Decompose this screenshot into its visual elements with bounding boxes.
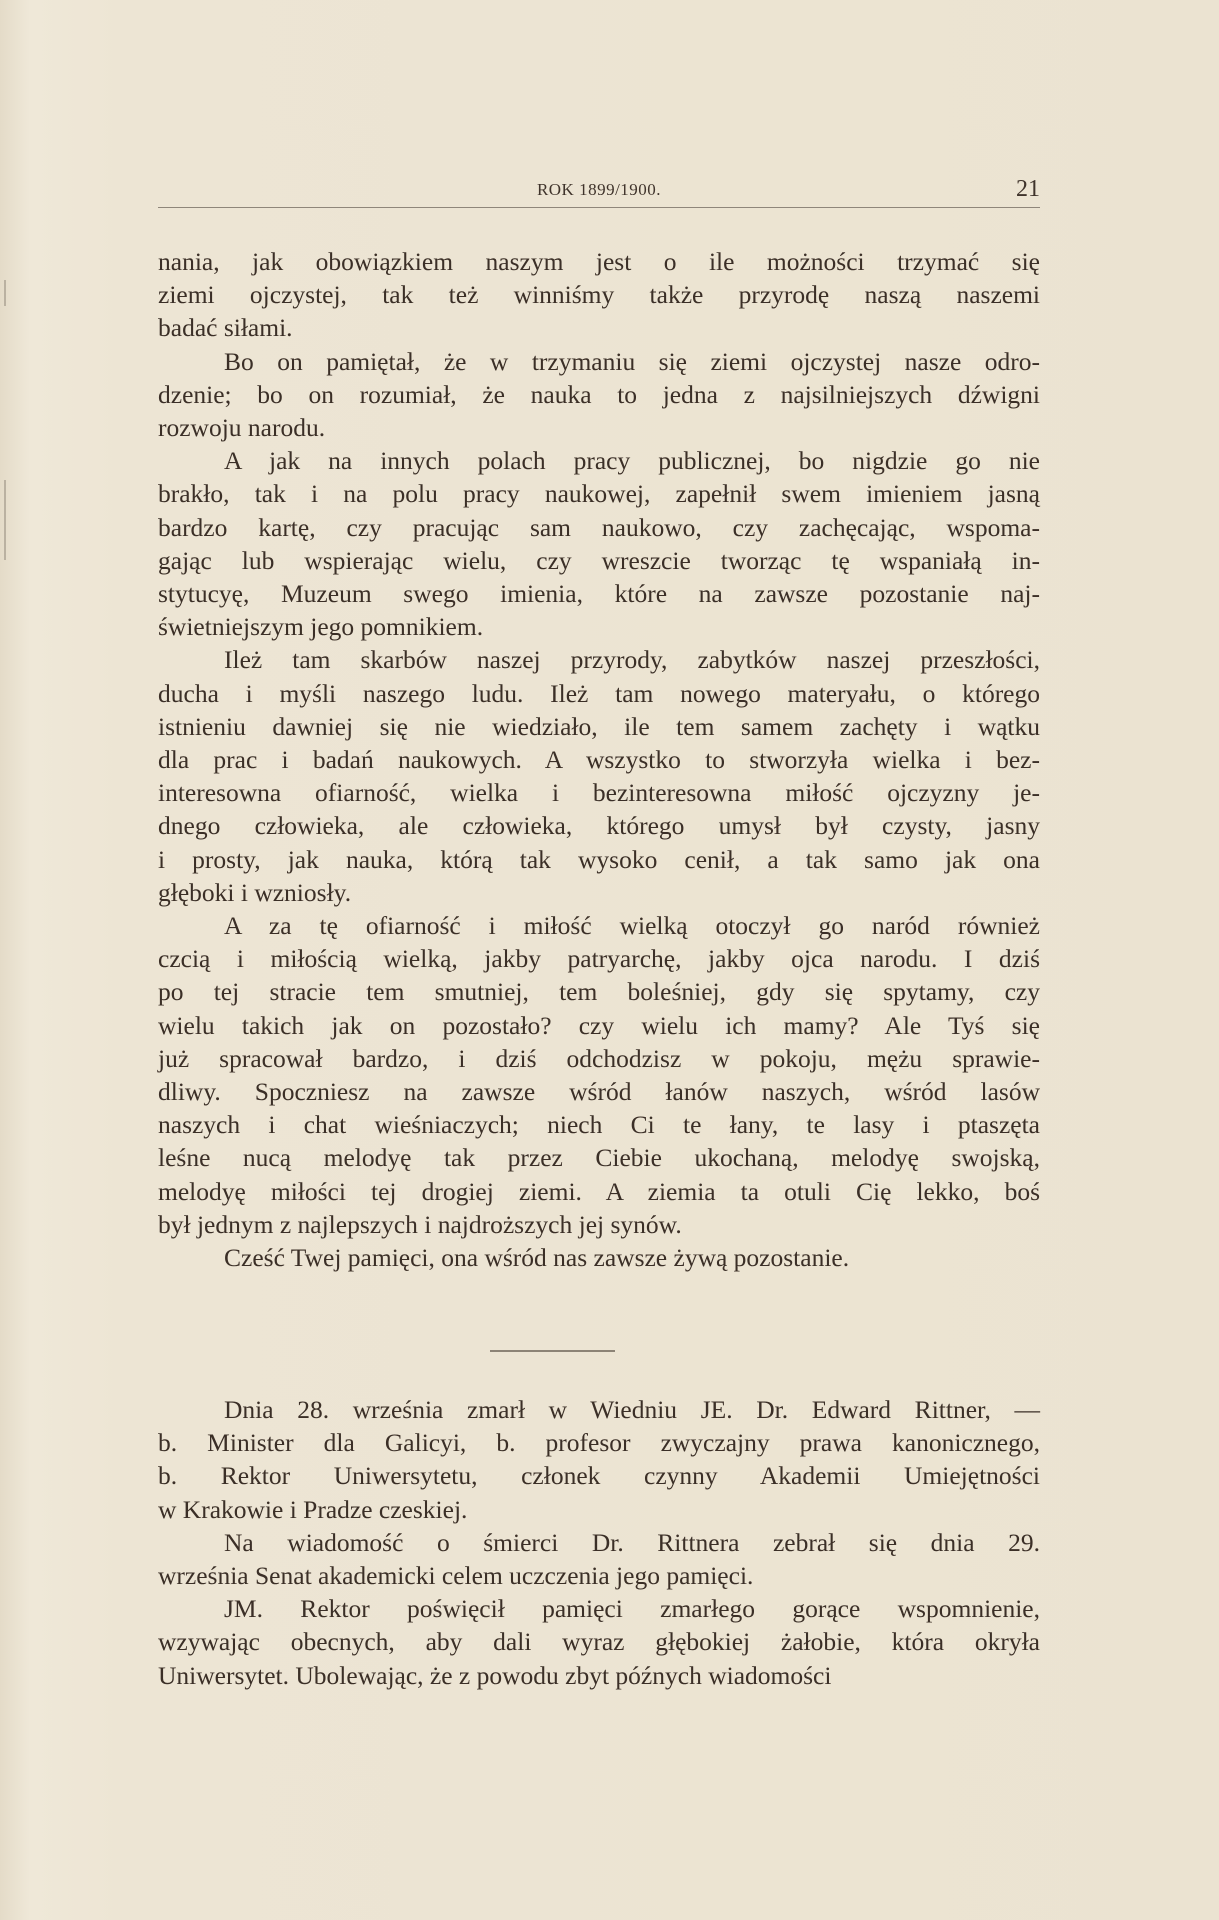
text-line: Cześć Twej pamięci, ona wśród nas zawsze… — [158, 1241, 1040, 1274]
text-line: Uniwersytet. Ubolewając, że z powodu zby… — [158, 1659, 1040, 1692]
text-line: dnego człowieka, ale człowieka, którego … — [158, 809, 1040, 842]
text-line: stytucyę, Muzeum swego imienia, które na… — [158, 577, 1040, 610]
text-line: ziemi ojczystej, tak też winniśmy także … — [158, 278, 1040, 311]
text-line: dzenie; bo on rozumiał, że nauka to jedn… — [158, 378, 1040, 411]
paragraph: JM. Rektor poświęcił pamięci zmarłego go… — [158, 1592, 1040, 1692]
text-line: badać siłami. — [158, 311, 1040, 344]
paragraph: Ileż tam skarbów naszej przyrody, zabytk… — [158, 643, 1040, 909]
text-line: leśne nucą melodyę tak przez Ciebie ukoc… — [158, 1141, 1040, 1174]
text-line: A za tę ofiarność i miłość wielką otoczy… — [158, 909, 1040, 942]
text-line: po tej stracie tem smutniej, tem boleśni… — [158, 975, 1040, 1008]
text-line: rozwoju narodu. — [158, 411, 1040, 444]
text-line: Dnia 28. września zmarł w Wiedniu JE. Dr… — [158, 1393, 1040, 1426]
text-line: głęboki i wzniosły. — [158, 876, 1040, 909]
scanned-page: ROK 1899/1900. 21 nania, jak obowiązkiem… — [0, 0, 1219, 1920]
running-header: ROK 1899/1900. 21 — [158, 176, 1040, 206]
text-line: w Krakowie i Pradze czeskiej. — [158, 1493, 1040, 1526]
text-line: interesowna ofiarność, wielka i bezinter… — [158, 776, 1040, 809]
text-line: brakło, tak i na polu pracy naukowej, za… — [158, 477, 1040, 510]
page-edge-mark — [4, 480, 6, 560]
text-line: i prosty, jak nauka, którą tak wysoko ce… — [158, 843, 1040, 876]
header-rule — [158, 207, 1040, 208]
paragraph: Cześć Twej pamięci, ona wśród nas zawsze… — [158, 1241, 1040, 1274]
paragraph: nania, jak obowiązkiem naszym jest o ile… — [158, 245, 1040, 345]
text-line: Ileż tam skarbów naszej przyrody, zabytk… — [158, 643, 1040, 676]
page-edge-mark — [4, 280, 6, 306]
text-line: nania, jak obowiązkiem naszym jest o ile… — [158, 245, 1040, 278]
text-line: czcią i miłością wielką, jakby patryarch… — [158, 942, 1040, 975]
text-line: września Senat akademicki celem uczczeni… — [158, 1559, 1040, 1592]
body-text-section-1: nania, jak obowiązkiem naszym jest o ile… — [158, 245, 1040, 1274]
text-line: już spracował bardzo, i dziś odchodzisz … — [158, 1042, 1040, 1075]
text-line: był jednym z najlepszych i najdroższych … — [158, 1208, 1040, 1241]
text-line: dliwy. Spoczniesz na zawsze wśród łanów … — [158, 1075, 1040, 1108]
text-line: JM. Rektor poświęcił pamięci zmarłego go… — [158, 1592, 1040, 1625]
text-line: b. Minister dla Galicyi, b. profesor zwy… — [158, 1426, 1040, 1459]
text-line: wielu takich jak on pozostało? czy wielu… — [158, 1009, 1040, 1042]
section-divider — [490, 1350, 615, 1352]
text-line: bardzo kartę, czy pracując sam naukowo, … — [158, 511, 1040, 544]
text-line: A jak na innych polach pracy publicznej,… — [158, 444, 1040, 477]
text-line: b. Rektor Uniwersytetu, członek czynny A… — [158, 1459, 1040, 1492]
paragraph: Na wiadomość o śmierci Dr. Rittnera zebr… — [158, 1526, 1040, 1592]
text-line: świetniejszym jego pomnikiem. — [158, 610, 1040, 643]
paragraph: Dnia 28. września zmarł w Wiedniu JE. Dr… — [158, 1393, 1040, 1526]
text-line: naszych i chat wieśniaczych; niech Ci te… — [158, 1108, 1040, 1141]
text-line: gając lub wspierając wielu, czy wreszcie… — [158, 544, 1040, 577]
text-line: Bo on pamiętał, że w trzymaniu się ziemi… — [158, 345, 1040, 378]
paragraph: Bo on pamiętał, że w trzymaniu się ziemi… — [158, 345, 1040, 445]
text-line: ducha i myśli naszego ludu. Ileż tam now… — [158, 677, 1040, 710]
text-line: Na wiadomość o śmierci Dr. Rittnera zebr… — [158, 1526, 1040, 1559]
paragraph: A za tę ofiarność i miłość wielką otoczy… — [158, 909, 1040, 1241]
running-title: ROK 1899/1900. — [158, 180, 1040, 200]
body-text-section-2: Dnia 28. września zmarł w Wiedniu JE. Dr… — [158, 1393, 1040, 1692]
paragraph: A jak na innych polach pracy publicznej,… — [158, 444, 1040, 643]
text-line: wzywając obecnych, aby dali wyraz głębok… — [158, 1625, 1040, 1658]
page-number: 21 — [1016, 176, 1040, 203]
text-line: melodyę miłości tej drogiej ziemi. A zie… — [158, 1175, 1040, 1208]
text-line: dla prac i badań naukowych. A wszystko t… — [158, 743, 1040, 776]
text-line: istnieniu dawniej się nie wiedziało, ile… — [158, 710, 1040, 743]
